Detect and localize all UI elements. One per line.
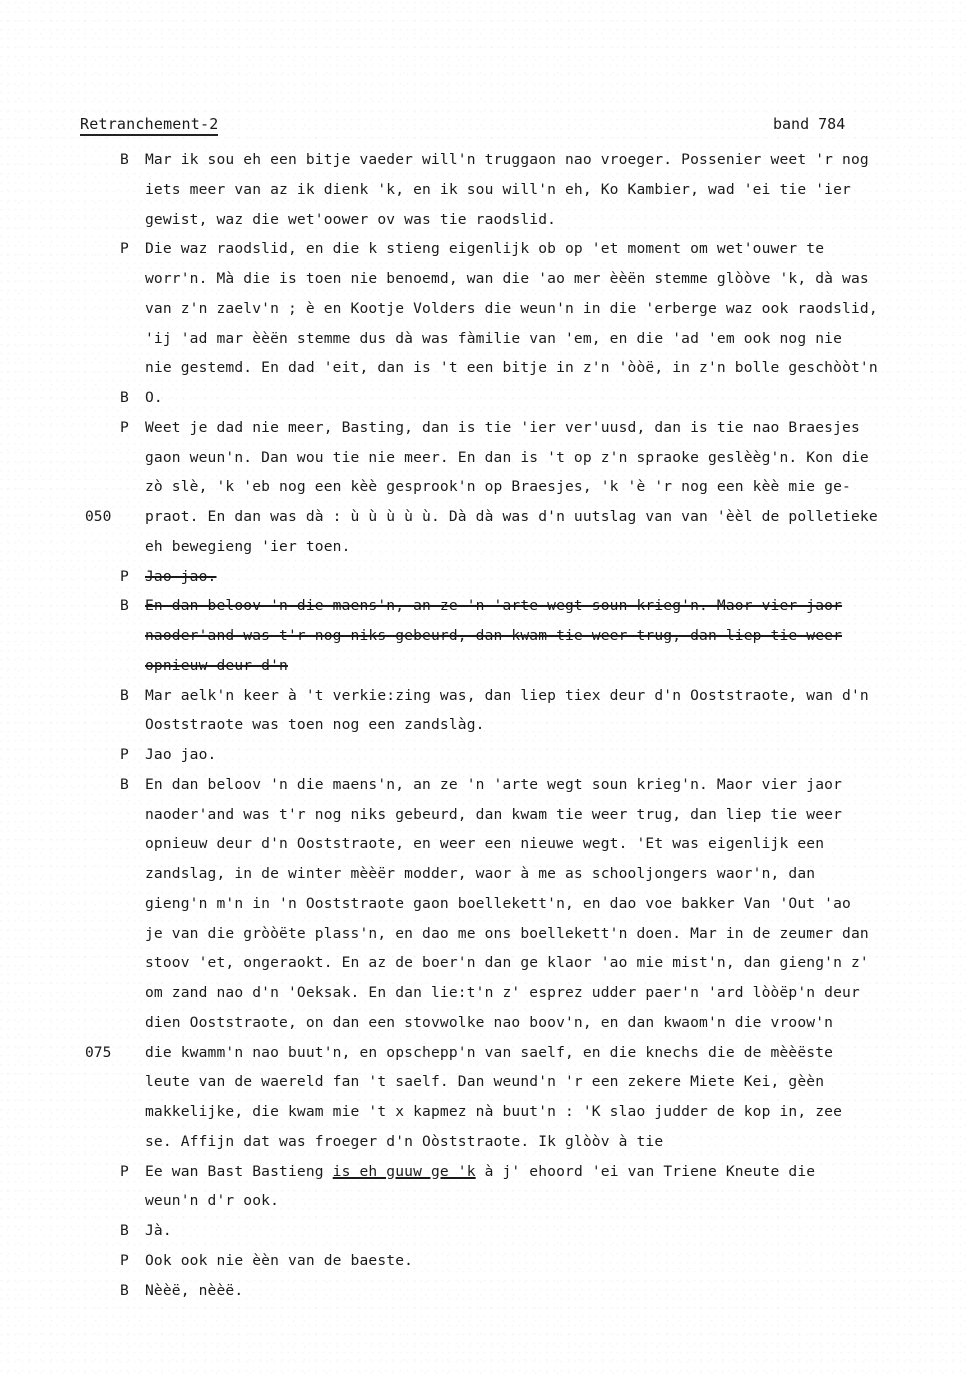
line-text: Jao jao. <box>145 746 217 763</box>
continuation-line: stoov 'et, ongeraokt. En az de boer'n da… <box>145 953 869 973</box>
speaker-label: P <box>120 239 145 259</box>
line-text: En dan beloov 'n die maens'n, an ze 'n '… <box>145 776 842 793</box>
line-text: opnieuw deur d'n <box>145 657 288 674</box>
continuation-line: Ooststraote was toen nog een zandslàg. <box>145 715 485 735</box>
continuation-line: se. Affijn dat was froeger d'n Oòststrao… <box>145 1132 663 1152</box>
speaker-turn-line: BEn dan beloov 'n die maens'n, an ze 'n … <box>120 775 842 795</box>
line-text: stoov 'et, ongeraokt. En az de boer'n da… <box>145 954 869 971</box>
speaker-turn-line: BNèèë, nèèë. <box>120 1281 243 1301</box>
speaker-label: P <box>120 567 145 587</box>
line-text: dien Ooststraote, on dan een stovwolke n… <box>145 1014 833 1031</box>
line-text: Ooststraote was toen nog een zandslàg. <box>145 716 485 733</box>
speaker-turn-line: PDie waz raodslid, en die k stieng eigen… <box>120 239 824 259</box>
continuation-line: iets meer van az ik dienk 'k, en ik sou … <box>145 180 851 200</box>
line-text: je van die gròòëte plass'n, en dao me on… <box>145 925 869 942</box>
speaker-label: B <box>120 1281 145 1301</box>
continuation-line: naoder'and was t'r nog niks gebeurd, dan… <box>145 626 842 646</box>
line-text: Mar aelk'n keer à 't verkie:zing was, da… <box>145 687 869 704</box>
line-text: Ook ook nie èèn van de baeste. <box>145 1252 413 1269</box>
speaker-turn-line: BEn dan beloov 'n die maens'n, an ze 'n … <box>120 596 842 616</box>
document-title: Retranchement-2 <box>80 115 218 136</box>
line-text: En dan beloov 'n die maens'n, an ze 'n '… <box>145 597 842 614</box>
speaker-label: B <box>120 596 145 616</box>
continuation-line: opnieuw deur d'n Ooststraote, en weer ee… <box>145 834 824 854</box>
speaker-turn-line: BJà. <box>120 1221 172 1241</box>
line-text: leute van de waereld fan 't saelf. Dan w… <box>145 1073 824 1090</box>
tape-number: band 784 <box>773 115 845 133</box>
continuation-line: weun'n d'r ook. <box>145 1191 279 1211</box>
continuation-line: die kwamm'n nao buut'n, en opschepp'n va… <box>145 1043 833 1063</box>
continuation-line: zò slè, 'k 'eb nog een kèè gesprook'n op… <box>145 477 851 497</box>
line-text: die kwamm'n nao buut'n, en opschepp'n va… <box>145 1044 833 1061</box>
line-text: Jà. <box>145 1222 172 1239</box>
line-text: weun'n d'r ook. <box>145 1192 279 1209</box>
continuation-line: worr'n. Mà die is toen nie benoemd, wan … <box>145 269 869 289</box>
continuation-line: zandslag, in de winter mèèër modder, wao… <box>145 864 815 884</box>
continuation-line: gewist, waz die wet'oower ov was tie rao… <box>145 210 556 230</box>
underlined-phrase: is eh guuw ge 'k <box>333 1163 476 1180</box>
continuation-line: gieng'n m'n in 'n Ooststraote gaon boell… <box>145 894 851 914</box>
line-text: opnieuw deur d'n Ooststraote, en weer ee… <box>145 835 824 852</box>
speaker-label: P <box>120 418 145 438</box>
speaker-turn-line: PEe wan Bast Bastieng is eh guuw ge 'k à… <box>120 1162 815 1182</box>
tape-counter-number: 050 <box>85 507 111 527</box>
line-text: naoder'and was t'r nog niks gebeurd, dan… <box>145 806 842 823</box>
speaker-turn-line: PWeet je dad nie meer, Basting, dan is t… <box>120 418 860 438</box>
line-text: nie gestemd. En dad 'eit, dan is 't een … <box>145 359 878 376</box>
line-text: Mar ik sou eh een bitje vaeder will'n tr… <box>145 151 869 168</box>
transcript-page: Retranchement-2 band 784 BMar ik sou eh … <box>0 0 966 1378</box>
speaker-turn-line: POok ook nie èèn van de baeste. <box>120 1251 413 1271</box>
speaker-label: P <box>120 1162 145 1182</box>
line-text: Die waz raodslid, en die k stieng eigenl… <box>145 240 824 257</box>
line-text: Jao jao. <box>145 568 217 585</box>
line-text: praot. En dan was dà : ù ù ù ù ù. Dà dà … <box>145 508 878 525</box>
line-text: van z'n zaelv'n ; è en Kootje Volders di… <box>145 300 878 317</box>
line-text: zandslag, in de winter mèèër modder, wao… <box>145 865 815 882</box>
speaker-label: B <box>120 1221 145 1241</box>
speaker-label: B <box>120 686 145 706</box>
speaker-turn-line: PJao jao. <box>120 745 217 765</box>
line-text: om zand nao d'n 'Oeksak. En dan lie:t'n … <box>145 984 860 1001</box>
continuation-line: opnieuw deur d'n <box>145 656 288 676</box>
line-text: se. Affijn dat was froeger d'n Oòststrao… <box>145 1133 663 1150</box>
line-text: Nèèë, nèèë. <box>145 1282 243 1299</box>
continuation-line: nie gestemd. En dad 'eit, dan is 't een … <box>145 358 878 378</box>
speaker-label: B <box>120 388 145 408</box>
line-text: 'ij 'ad mar èèën stemme dus dà was fàmil… <box>145 330 842 347</box>
line-text: makkelijke, die kwam mie 't x kapmez nà … <box>145 1103 842 1120</box>
line-text: zò slè, 'k 'eb nog een kèè gesprook'n op… <box>145 478 851 495</box>
line-text: Ee wan Bast Bastieng <box>145 1163 333 1180</box>
continuation-line: je van die gròòëte plass'n, en dao me on… <box>145 924 869 944</box>
continuation-line: makkelijke, die kwam mie 't x kapmez nà … <box>145 1102 842 1122</box>
continuation-line: leute van de waereld fan 't saelf. Dan w… <box>145 1072 824 1092</box>
speaker-turn-line: PJao jao. <box>120 567 217 587</box>
continuation-line: praot. En dan was dà : ù ù ù ù ù. Dà dà … <box>145 507 878 527</box>
continuation-line: om zand nao d'n 'Oeksak. En dan lie:t'n … <box>145 983 860 1003</box>
continuation-line: gaon weun'n. Dan wou tie nie meer. En da… <box>145 448 869 468</box>
speaker-label: P <box>120 1251 145 1271</box>
continuation-line: naoder'and was t'r nog niks gebeurd, dan… <box>145 805 842 825</box>
speaker-label: B <box>120 775 145 795</box>
line-text: O. <box>145 389 163 406</box>
line-text: worr'n. Mà die is toen nie benoemd, wan … <box>145 270 869 287</box>
continuation-line: dien Ooststraote, on dan een stovwolke n… <box>145 1013 833 1033</box>
line-text: iets meer van az ik dienk 'k, en ik sou … <box>145 181 851 198</box>
line-text: gaon weun'n. Dan wou tie nie meer. En da… <box>145 449 869 466</box>
line-text: à j' ehoord 'ei van Triene Kneute die <box>476 1163 816 1180</box>
speaker-label: P <box>120 745 145 765</box>
line-text: eh bewegieng 'ier toen. <box>145 538 351 555</box>
speaker-turn-line: BMar ik sou eh een bitje vaeder will'n t… <box>120 150 869 170</box>
continuation-line: eh bewegieng 'ier toen. <box>145 537 351 557</box>
line-text: gieng'n m'n in 'n Ooststraote gaon boell… <box>145 895 851 912</box>
line-text: Weet je dad nie meer, Basting, dan is ti… <box>145 419 860 436</box>
tape-counter-number: 075 <box>85 1043 111 1063</box>
continuation-line: van z'n zaelv'n ; è en Kootje Volders di… <box>145 299 878 319</box>
line-text: naoder'and was t'r nog niks gebeurd, dan… <box>145 627 842 644</box>
speaker-turn-line: BO. <box>120 388 163 408</box>
speaker-label: B <box>120 150 145 170</box>
line-text: gewist, waz die wet'oower ov was tie rao… <box>145 211 556 228</box>
continuation-line: 'ij 'ad mar èèën stemme dus dà was fàmil… <box>145 329 842 349</box>
speaker-turn-line: BMar aelk'n keer à 't verkie:zing was, d… <box>120 686 869 706</box>
